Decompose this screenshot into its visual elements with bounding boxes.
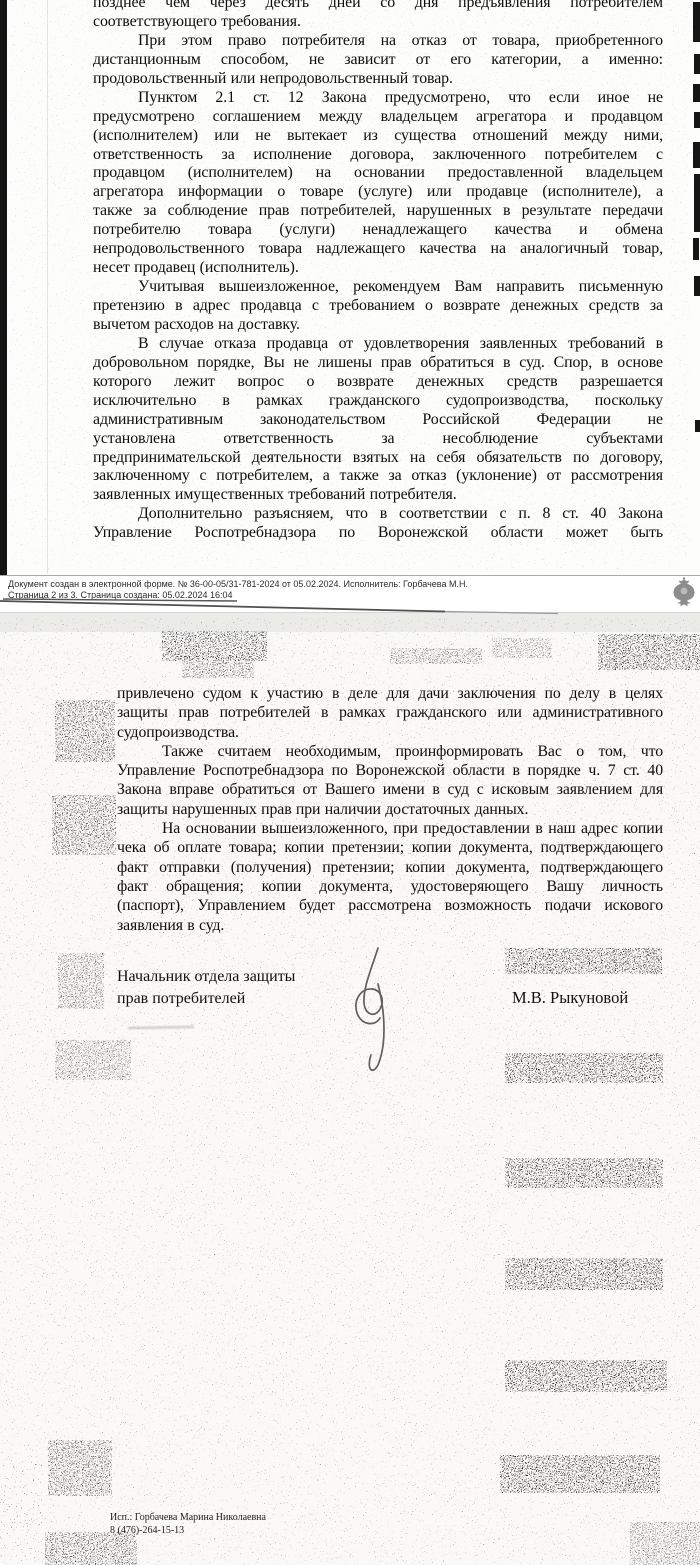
text-line: продавцом (исполнителем) на основании пр… xyxy=(93,164,663,183)
coat-of-arms-icon xyxy=(671,576,697,610)
executor-contact-block: Исп.: Горбачева Марина Николаевна 8 (476… xyxy=(110,1512,266,1537)
text-line: непродовольственного товара надлежащего … xyxy=(93,240,663,259)
text-line: заключенному с потребителем, а также за … xyxy=(93,467,663,486)
executor-phone: 8 (476)-264-15-13 xyxy=(110,1525,266,1538)
text-line: предпринимательской деятельности взятых … xyxy=(93,449,663,468)
scanned-letter-page-1: позднее чем через десять дней со дня пре… xyxy=(0,0,700,612)
text-line: Пунктом 2.1 ст. 12 Закона предусмотрено,… xyxy=(93,89,663,108)
page2-text-block: привлечено судом к участию в деле для да… xyxy=(117,684,663,935)
text-line: вычетом расходов на доставку. xyxy=(93,316,663,335)
text-line: судопроизводства. xyxy=(117,723,663,742)
text-line: административным законодательством Росси… xyxy=(93,411,663,430)
scanned-letter-page-2: привлечено судом к участию в деле для да… xyxy=(0,632,700,1565)
text-line: продовольственный или непродовольственны… xyxy=(93,70,663,89)
text-line: На основании вышеизложенного, при предос… xyxy=(117,819,663,838)
scan-edge-strip xyxy=(0,0,7,612)
text-line: (исполнителем) или не вытекает из сущест… xyxy=(93,127,663,146)
text-line: Управление Роспотребнадзора по Воронежск… xyxy=(93,524,663,543)
signer-name: М.В. Рыкуновой xyxy=(512,988,628,1008)
signature-position-title: Начальник отдела защиты прав потребителе… xyxy=(117,966,295,1009)
text-line: (паспорт), Управлением будет рассмотрена… xyxy=(117,896,663,915)
text-line: При этом право потребителя на отказ от т… xyxy=(93,32,663,51)
text-line: исключительно в рамках гражданского судо… xyxy=(93,392,663,411)
text-line: которого лежит вопрос о возврате денежны… xyxy=(93,373,663,392)
text-line: защиты нарушенных прав при наличии доста… xyxy=(117,800,663,819)
text-line: привлечено судом к участию в деле для да… xyxy=(117,684,663,703)
document-meta-line: Документ создан в электронной форме. № 3… xyxy=(8,579,468,590)
text-line: Учитывая вышеизложенное, рекомендуем Вам… xyxy=(93,278,663,297)
signature-title-line2: прав потребителей xyxy=(117,988,295,1010)
text-line: добровольном порядке, Вы не лишены прав … xyxy=(93,354,663,373)
executor-name: Исп.: Горбачева Марина Николаевна xyxy=(110,1512,266,1525)
page-break-divider xyxy=(0,612,700,633)
text-line: несет продавец (исполнитель). xyxy=(93,259,663,278)
text-line: дистанционным способом, не зависит от ег… xyxy=(93,51,663,70)
text-line: защиты прав потребителей в рамках гражда… xyxy=(117,703,663,722)
text-line: Также считаем необходимым, проинформиров… xyxy=(117,742,663,761)
text-line: Закона вправе обратиться от Вашего имени… xyxy=(117,780,663,799)
text-line: позднее чем через десять дней со дня пре… xyxy=(93,0,663,13)
text-line: заявления в суд. xyxy=(117,916,663,935)
text-line: факт обращения; копии документа, удостов… xyxy=(117,877,663,896)
page-number-meta-line: Страница 2 из 3. Страница создана: 05.02… xyxy=(8,590,232,601)
text-line: Дополнительно разъясняем, что в соответс… xyxy=(93,505,663,524)
scanner-streak-line xyxy=(47,0,48,574)
page1-text-block: позднее чем через десять дней со дня пре… xyxy=(93,0,663,543)
text-line: чека об оплате товара; копии претензии; … xyxy=(117,838,663,857)
scan-smudge xyxy=(128,1025,194,1029)
text-line: Управление Роспотребнадзора по Воронежск… xyxy=(117,761,663,780)
text-line: также за соблюдение прав потребителей, н… xyxy=(93,202,663,221)
text-line: предусмотрено соглашением между владельц… xyxy=(93,108,663,127)
text-line: ответственность за исполнение договора, … xyxy=(93,146,663,165)
text-line: претензию в адрес продавца с требованием… xyxy=(93,297,663,316)
handwritten-signature xyxy=(336,942,402,1092)
text-line: установлена ответственность за несоблюде… xyxy=(93,430,663,449)
signature-title-line1: Начальник отдела защиты xyxy=(117,966,295,988)
text-line: потребителю товара (услуги) ненадлежащег… xyxy=(93,221,663,240)
text-line: В случае отказа продавца от удовлетворен… xyxy=(93,335,663,354)
text-line: заявленных имущественных требований потр… xyxy=(93,486,663,505)
text-line: факт отправки (получения) претензии; коп… xyxy=(117,858,663,877)
text-line: соответствующего требования. xyxy=(93,13,663,32)
text-line: агрегатора информации о товаре (услуге) … xyxy=(93,183,663,202)
